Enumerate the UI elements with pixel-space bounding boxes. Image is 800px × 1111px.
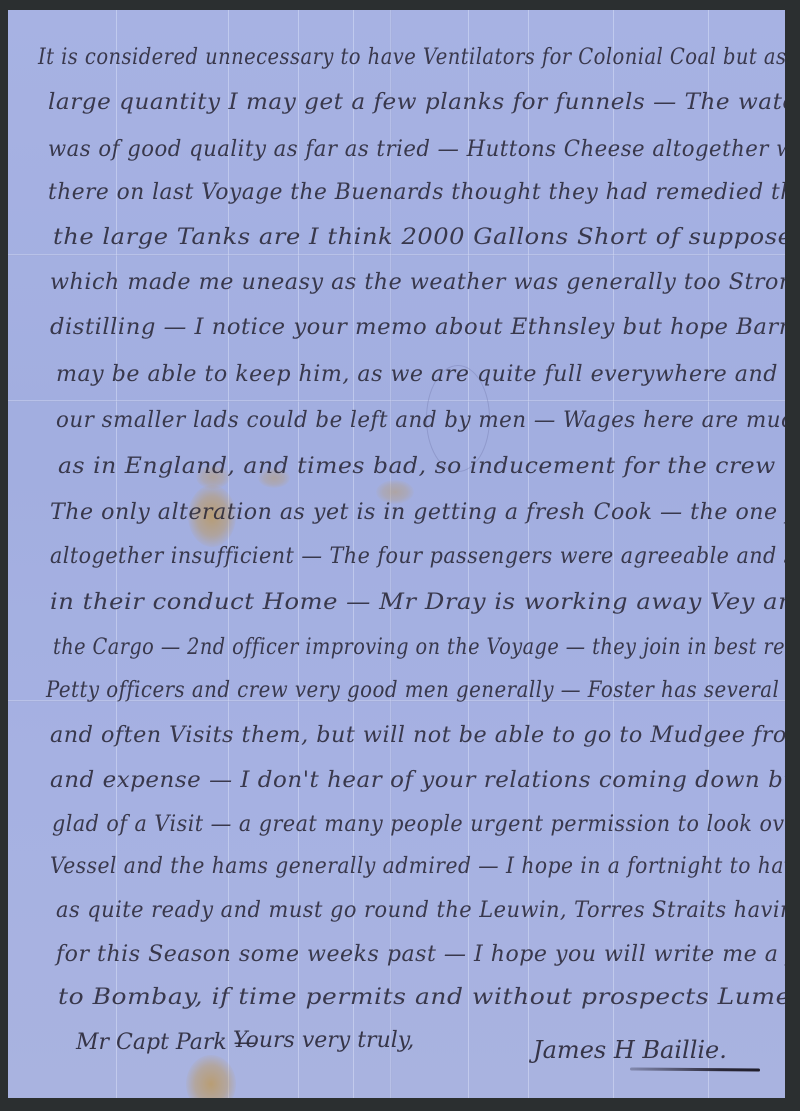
letter-line: distilling — I notice your memo about Et… xyxy=(50,315,785,340)
letter-line: Vessel and the hams generally admired — … xyxy=(50,854,785,879)
letter-line: Petty officers and crew very good men ge… xyxy=(46,678,785,703)
letter-line: It is considered unnecessary to have Ven… xyxy=(38,45,785,70)
letter-salutation: Mr Capt Park — xyxy=(76,1030,256,1055)
letter-signature: James H Baillie. xyxy=(533,1036,727,1064)
letter-line: as quite ready and must go round the Leu… xyxy=(56,898,785,923)
letter-line: was of good quality as far as tried — Hu… xyxy=(48,137,785,162)
letter-line: the large Tanks are I think 2000 Gallons… xyxy=(53,225,785,250)
horizontal-fold-crease xyxy=(8,254,785,256)
letter-line: there on last Voyage the Buenards though… xyxy=(48,180,785,205)
letter-line: the Cargo — 2nd officer improving on the… xyxy=(53,635,785,660)
letter-line: and often Visits them, but will not be a… xyxy=(50,723,785,748)
letter-line: which made me uneasy as the weather was … xyxy=(50,270,785,295)
horizontal-fold-crease xyxy=(8,400,785,402)
letter-line: in their conduct Home — Mr Dray is worki… xyxy=(50,590,785,615)
letter-line: glad of a Visit — a great many people ur… xyxy=(52,812,785,837)
letter-line: for this Season some weeks past — I hope… xyxy=(56,942,785,967)
letter-valediction: Yours very truly, xyxy=(233,1028,414,1053)
letter-line: to Bombay, if time permits and without p… xyxy=(58,985,785,1010)
letter-page: It is considered unnecessary to have Ven… xyxy=(8,10,785,1098)
letter-line: altogether insufficient — The four passe… xyxy=(50,544,785,569)
letter-line: may be able to keep him, as we are quite… xyxy=(56,362,785,387)
letter-line: as in England, and times bad, so inducem… xyxy=(58,454,785,479)
letter-line: The only alteration as yet is in getting… xyxy=(50,500,785,525)
signature-underline xyxy=(630,1067,760,1071)
letter-line: and expense — I don't hear of your relat… xyxy=(50,768,785,793)
letter-line: our smaller lads could be left and by me… xyxy=(56,408,785,433)
letter-line: large quantity I may get a few planks fo… xyxy=(48,90,785,115)
